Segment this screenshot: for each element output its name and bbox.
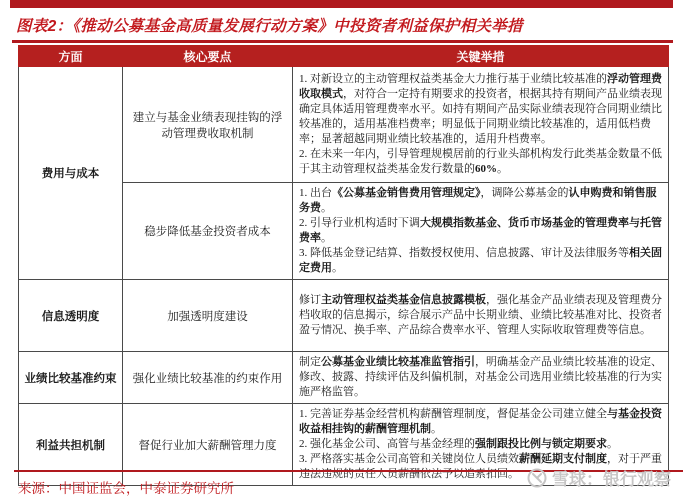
point-cell: 加强透明度建设 (123, 280, 293, 352)
measures-cell: 制定公募基金业绩比较基准监管指引，明确基金产品业绩比较基准的设定、修改、披露、持… (293, 352, 669, 404)
measures-table: 方面 核心要点 关键举措 费用与成本 建立与基金业绩表现挂钩的浮动管理费收取机制… (18, 45, 669, 486)
point-cell: 督促行业加大薪酬管理力度 (123, 404, 293, 486)
point-cell: 稳步降低基金投资者成本 (123, 183, 293, 280)
table-header-row: 方面 核心要点 关键举措 (19, 46, 669, 67)
col-header-key-measures: 关键举措 (293, 46, 669, 67)
aspect-cell-transparency: 信息透明度 (19, 280, 123, 352)
measures-cell: 修订主动管理权益类基金信息披露模板，强化基金产品业绩表现及管理费分档收取的信息揭… (293, 280, 669, 352)
source-note: 来源：中国证监会，中泰证券研究所 (18, 477, 234, 497)
aspect-cell-fees-costs: 费用与成本 (19, 67, 123, 280)
xueqiu-logo-icon (527, 468, 547, 488)
col-header-core-points: 核心要点 (123, 46, 293, 67)
measures-cell: 1. 对新设立的主动管理权益类基金大力推行基于业绩比较基准的浮动管理费收取模式，… (293, 67, 669, 183)
figure-title: 图表2：《推动公募基金高质量发展行动方案》中投资者利益保护相关举措 (16, 14, 676, 36)
measures-cell: 1. 出台《公募基金销售费用管理规定》，调降公募基金的认申购费和销售服务费。2.… (293, 183, 669, 280)
top-accent-bar (10, 0, 673, 8)
point-cell: 建立与基金业绩表现挂钩的浮动管理费收取机制 (123, 67, 293, 183)
aspect-cell-benchmark: 业绩比较基准约束 (19, 352, 123, 404)
col-header-aspect: 方面 (19, 46, 123, 67)
report-figure: 图表2：《推动公募基金高质量发展行动方案》中投资者利益保护相关举措 方面 核心要… (0, 0, 683, 500)
point-cell: 强化业绩比较基准的约束作用 (123, 352, 293, 404)
table-row: 信息透明度 加强透明度建设 修订主动管理权益类基金信息披露模板，强化基金产品业绩… (19, 280, 669, 352)
title-underline (12, 40, 673, 43)
table-row: 费用与成本 建立与基金业绩表现挂钩的浮动管理费收取机制 1. 对新设立的主动管理… (19, 67, 669, 183)
table-row: 业绩比较基准约束 强化业绩比较基准的约束作用 制定公募基金业绩比较基准监管指引，… (19, 352, 669, 404)
watermark: 雪球：银行观察 (527, 465, 671, 490)
aspect-cell-shared-interest: 利益共担机制 (19, 404, 123, 486)
watermark-text: 雪球：银行观察 (552, 465, 671, 490)
